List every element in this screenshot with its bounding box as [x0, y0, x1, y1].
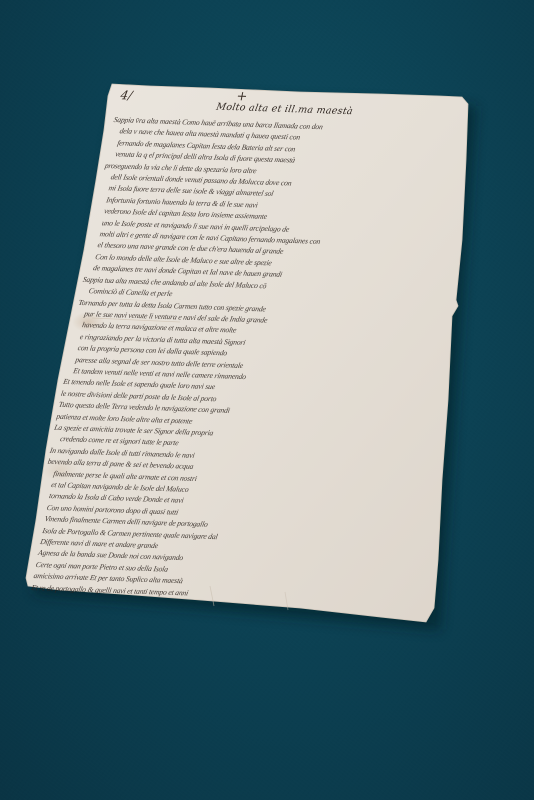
folio-number: 4/	[119, 88, 133, 102]
photo-scene: 4/ + Molto alta et ill.ma maestà Sappia …	[0, 0, 534, 800]
letter-salutation: Molto alta et ill.ma maestà	[215, 101, 354, 117]
